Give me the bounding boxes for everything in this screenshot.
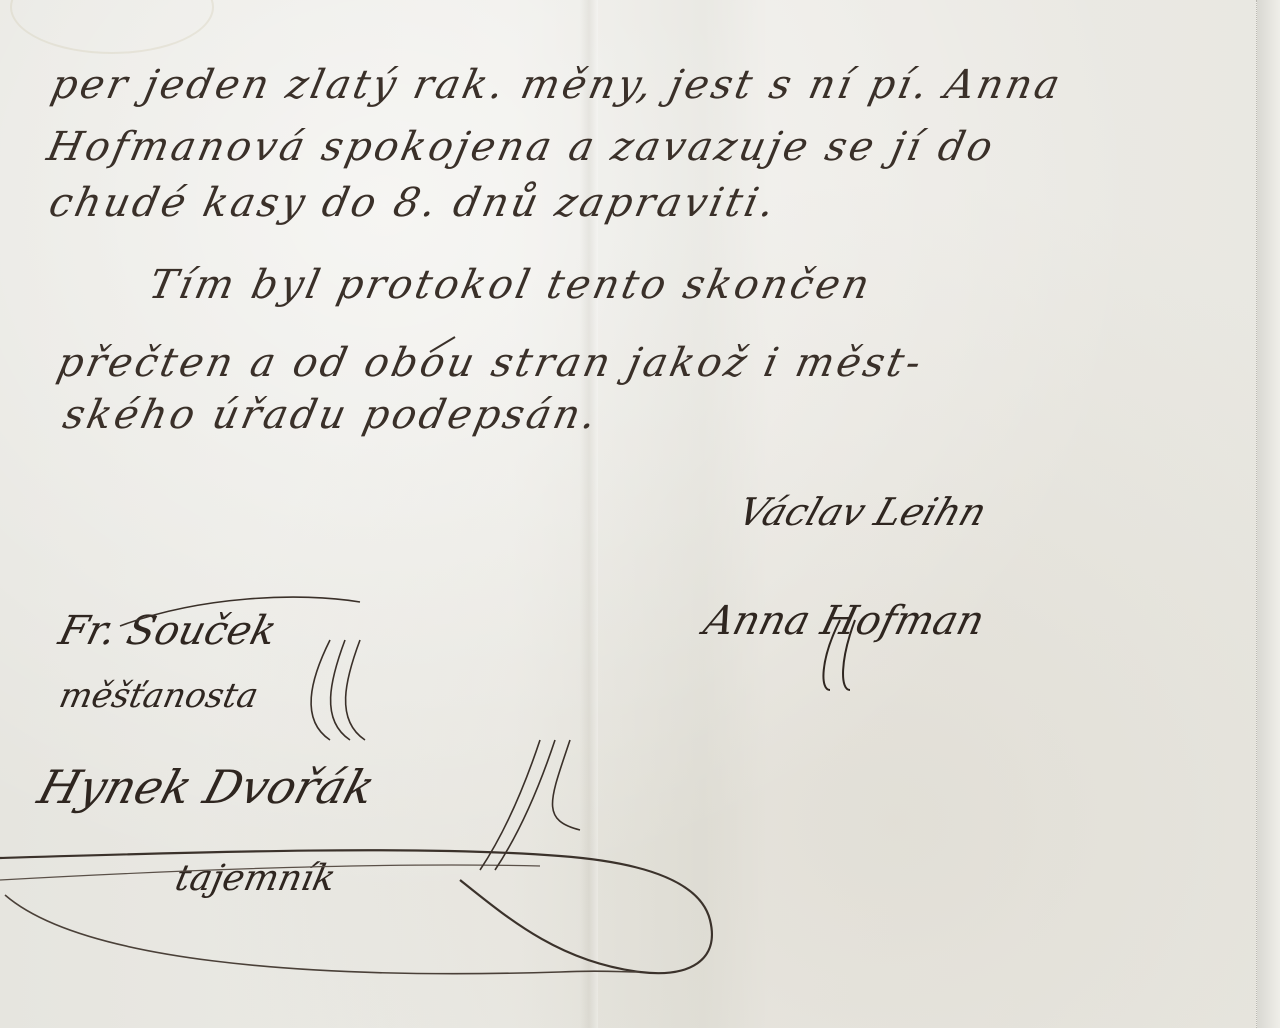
- signature-flourish: [0, 0, 1280, 1028]
- document-page: per jeden zlatý rak. měny, jest s ní pí.…: [0, 0, 1280, 1028]
